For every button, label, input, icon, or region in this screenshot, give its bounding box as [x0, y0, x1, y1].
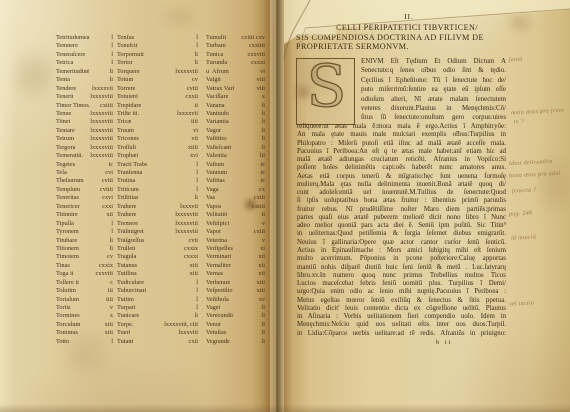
crease-lines	[0, 0, 570, 412]
handwritten-margin-note: te ?	[514, 119, 524, 126]
handwritten-margin-note: ſenecta ?	[512, 187, 537, 194]
handwritten-margin-note: pag. 246	[509, 210, 533, 217]
book-spread-photo: TetritudomealTonſuslTumulticxiiii cxvTem…	[0, 0, 570, 412]
handwritten-margin-note: ſeniū	[509, 57, 523, 64]
